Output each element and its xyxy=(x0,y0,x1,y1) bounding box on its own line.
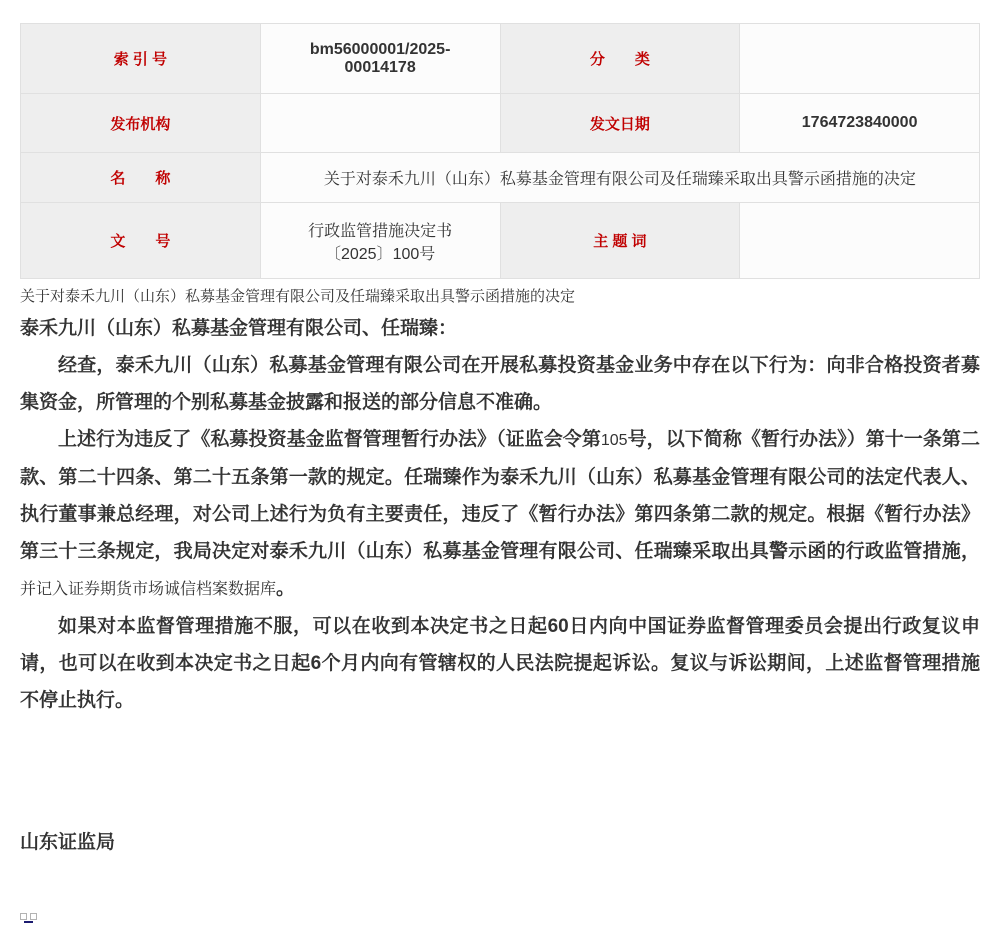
field-label-doc-number: 文 号 xyxy=(21,203,261,279)
field-label-category: 分 类 xyxy=(500,24,740,94)
field-label-publish-date: 发文日期 xyxy=(500,94,740,153)
field-value-index-number: bm56000001/2025- 00014178 xyxy=(260,24,500,94)
field-value-subject-terms xyxy=(740,203,980,279)
field-label-subject-terms: 主 题 词 xyxy=(500,203,740,279)
field-value-issuing-agency xyxy=(260,94,500,153)
broken-image-square-left xyxy=(20,913,27,920)
paragraph-violation-decision: 上述行为违反了《私募投资基金监督管理暂行办法》（证监会令第105号，以下简称《暂… xyxy=(20,421,980,608)
broken-image-underline xyxy=(24,921,33,923)
violation-text-end: 。 xyxy=(276,578,295,599)
field-value-category xyxy=(740,24,980,94)
broken-image-icon xyxy=(20,913,38,924)
document-info-table: 索 引 号 bm56000001/2025- 00014178 分 类 发布机构… xyxy=(20,23,980,279)
signature-agency: 山东证监局 xyxy=(20,831,980,855)
paragraph-findings-text: 经查，泰禾九川（山东）私募基金管理有限公司在开展私募投资基金业务中存在以下行为：… xyxy=(20,355,980,413)
table-row: 文 号 行政监管措施决定书 〔2025〕100号 主 题 词 xyxy=(21,203,980,279)
field-value-title: 关于对泰禾九川（山东）私募基金管理有限公司及任瑞臻采取出具警示函措施的决定 xyxy=(260,153,979,203)
table-row: 发布机构 发文日期 1764723840000 xyxy=(21,94,980,153)
paragraph-appeal-rights: 如果对本监督管理措施不服，可以在收到本决定书之日起60日内向中国证券监督管理委员… xyxy=(20,608,980,719)
document-salutation: 泰禾九川（山东）私募基金管理有限公司、任瑞臻： xyxy=(20,310,980,347)
document-page: 索 引 号 bm56000001/2025- 00014178 分 类 发布机构… xyxy=(20,0,980,924)
violation-text-part1: 上述行为违反了《私募投资基金监督管理暂行办法》（证监会令第 xyxy=(58,429,601,450)
table-row: 名 称 关于对泰禾九川（山东）私募基金管理有限公司及任瑞臻采取出具警示函措施的决… xyxy=(21,153,980,203)
field-label-issuing-agency: 发布机构 xyxy=(21,94,261,153)
field-label-title: 名 称 xyxy=(21,153,261,203)
field-value-doc-number: 行政监管措施决定书 〔2025〕100号 xyxy=(260,203,500,279)
paragraph-appeal-text: 如果对本监督管理措施不服，可以在收到本决定书之日起60日内向中国证券监督管理委员… xyxy=(20,616,980,711)
document-subtitle: 关于对泰禾九川（山东）私募基金管理有限公司及任瑞臻采取出具警示函措施的决定 xyxy=(20,286,980,307)
decree-number: 105 xyxy=(601,432,628,449)
integrity-archive-note: 并记入证券期货市场诚信档案数据库 xyxy=(20,581,276,598)
field-value-publish-date: 1764723840000 xyxy=(740,94,980,153)
broken-image-square-right xyxy=(30,913,37,920)
paragraph-findings: 经查，泰禾九川（山东）私募基金管理有限公司在开展私募投资基金业务中存在以下行为：… xyxy=(20,347,980,421)
table-row: 索 引 号 bm56000001/2025- 00014178 分 类 xyxy=(21,24,980,94)
field-label-index-number: 索 引 号 xyxy=(21,24,261,94)
